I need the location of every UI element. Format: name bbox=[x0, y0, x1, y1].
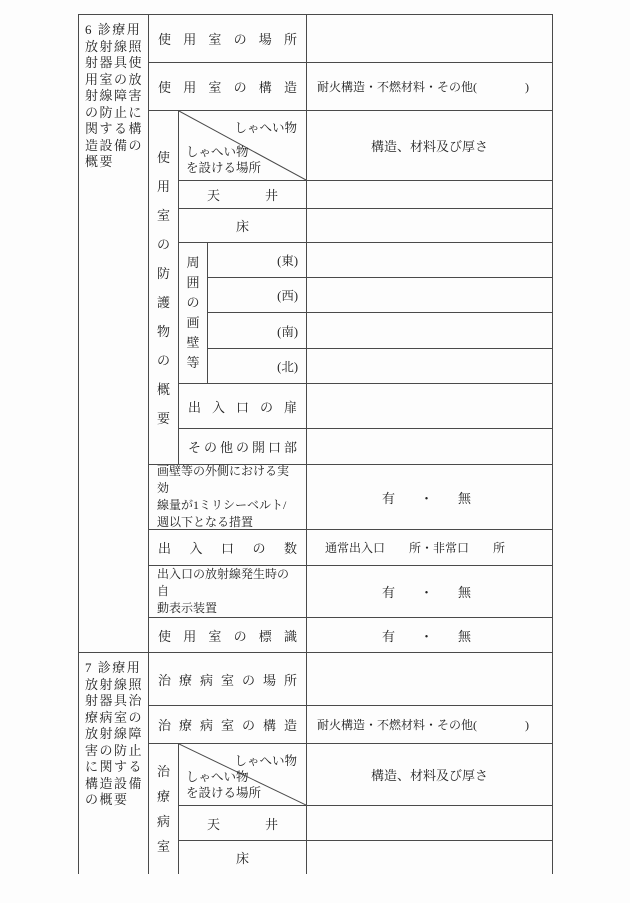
entrance-door-label: 出入口の扉 bbox=[179, 397, 306, 416]
section-6-body: 使用室の場所 使用室の構造 耐火構造・不燃材料・その他( ) 使用室の防護物の概… bbox=[149, 15, 553, 653]
auto-display-value: 有 ・ 無 bbox=[307, 566, 553, 618]
surrounding-walls-label-cell: 周囲の画壁等 bbox=[179, 243, 208, 384]
shield-place-label: しゃへい物 を設ける場所 bbox=[186, 144, 261, 176]
ward-vertical-label-cell: 治療病室 bbox=[149, 744, 179, 874]
effective-dose-value: 有 ・ 無 bbox=[307, 465, 553, 530]
room-structure-label: 使用室の構造 bbox=[149, 77, 306, 96]
room-sign-value: 有 ・ 無 bbox=[307, 618, 553, 653]
other-openings-value-cell bbox=[307, 429, 553, 465]
row-room-sign: 使用室の標識 有 ・ 無 bbox=[149, 618, 553, 653]
east-label: (東) bbox=[208, 243, 307, 278]
ward-structure-label: 治療病室の構造 bbox=[149, 715, 306, 734]
surrounding-walls-block: 周囲の画壁等 (東) (西) bbox=[179, 243, 553, 384]
protection-rows: しゃへい物 しゃへい物 を設ける場所 構造、材料及び厚さ 天井 床 bbox=[179, 111, 553, 465]
south-value-cell bbox=[307, 313, 553, 349]
row-auto-display: 出入口の放射線発生時の自 動表示装置 有 ・ 無 bbox=[149, 566, 553, 618]
row-ward-shield-header: しゃへい物 しゃへい物 を設ける場所 構造、材料及び厚さ bbox=[179, 744, 553, 806]
entrance-count-label-cell: 出入口の数 bbox=[149, 530, 307, 566]
ceiling-label: 天井 bbox=[179, 814, 306, 833]
west-value-cell bbox=[307, 278, 553, 313]
ward-protection-block: 治療病室 しゃへい物 しゃへい物 を設ける場所 構造、材料及び厚さ bbox=[149, 744, 553, 874]
row-north: (北) bbox=[208, 349, 553, 384]
form-page: 6 診療用 放射線照 射器具使 用室の放 射線障害 の防止に 関する構 造設備の… bbox=[0, 0, 630, 903]
surrounding-walls-label: 周囲の画壁等 bbox=[186, 253, 201, 373]
room-sign-label: 使用室の標識 bbox=[149, 626, 306, 645]
section-7: 7 診療用 放射線照 射器具治 療病室の 放射線障 害の防止 に関する 構造設備… bbox=[79, 653, 553, 874]
row-east: (東) bbox=[208, 243, 553, 278]
other-openings-label-cell: その他の開口部 bbox=[179, 429, 307, 465]
row-other-openings: その他の開口部 bbox=[179, 429, 553, 465]
floor-value-cell bbox=[307, 209, 553, 243]
room-structure-label-cell: 使用室の構造 bbox=[149, 63, 307, 111]
entrance-door-value-cell bbox=[307, 384, 553, 429]
row-ward-ceiling: 天井 bbox=[179, 806, 553, 841]
ward-shield-diagonal-cell: しゃへい物 しゃへい物 を設ける場所 bbox=[179, 744, 307, 806]
protection-vertical-label-cell: 使用室の防護物の概要 bbox=[149, 111, 179, 465]
north-value-cell bbox=[307, 349, 553, 384]
row-west: (西) bbox=[208, 278, 553, 313]
protection-vertical-label: 使用室の防護物の概要 bbox=[156, 143, 171, 433]
row-ward-floor: 床 bbox=[179, 841, 553, 874]
section-7-title: 7 診療用 放射線照 射器具治 療病室の 放射線障 害の防止 に関する 構造設備… bbox=[79, 653, 148, 809]
section-6: 6 診療用 放射線照 射器具使 用室の放 射線障害 の防止に 関する構 造設備の… bbox=[79, 15, 553, 653]
ceiling-value-cell bbox=[307, 181, 553, 209]
form-table: 6 診療用 放射線照 射器具使 用室の放 射線障害 の防止に 関する構 造設備の… bbox=[78, 14, 553, 874]
room-location-value-cell bbox=[307, 15, 553, 63]
entrance-door-label-cell: 出入口の扉 bbox=[179, 384, 307, 429]
south-label: (南) bbox=[208, 313, 307, 349]
row-ceiling: 天井 bbox=[179, 181, 553, 209]
ward-location-label-cell: 治療病室の場所 bbox=[149, 653, 307, 706]
row-effective-dose: 画壁等の外側における実効 線量が1ミリシーベルト/ 週以下となる措置 有 ・ 無 bbox=[149, 465, 553, 530]
row-south: (南) bbox=[208, 313, 553, 349]
row-floor: 床 bbox=[179, 209, 553, 243]
structure-material-header: 構造、材料及び厚さ bbox=[307, 111, 553, 181]
ward-ceiling-value-cell bbox=[307, 806, 553, 841]
section-6-label-cell: 6 診療用 放射線照 射器具使 用室の放 射線障害 の防止に 関する構 造設備の… bbox=[79, 15, 149, 653]
row-ward-structure: 治療病室の構造 耐火構造・不燃材料・その他( ) bbox=[149, 706, 553, 744]
section-7-body: 治療病室の場所 治療病室の構造 耐火構造・不燃材料・その他( ) 治療病室 bbox=[149, 653, 553, 874]
other-openings-label: その他の開口部 bbox=[179, 437, 306, 456]
section-6-title: 6 診療用 放射線照 射器具使 用室の放 射線障害 の防止に 関する構 造設備の… bbox=[79, 15, 148, 171]
ward-floor-label: 床 bbox=[179, 841, 307, 874]
room-location-label: 使用室の場所 bbox=[149, 29, 306, 48]
ward-floor-value-cell bbox=[307, 841, 553, 874]
ward-structure-value: 耐火構造・不燃材料・その他( ) bbox=[307, 706, 553, 744]
ceiling-label-cell: 天井 bbox=[179, 181, 307, 209]
ceiling-label: 天井 bbox=[179, 185, 306, 204]
room-location-label-cell: 使用室の場所 bbox=[149, 15, 307, 63]
row-entrance-count: 出入口の数 通常出入口 所・非常口 所 bbox=[149, 530, 553, 566]
protection-block: 使用室の防護物の概要 しゃへい物 しゃへい物 を設ける場所 構造、材料及び厚さ bbox=[149, 111, 553, 465]
row-shield-header: しゃへい物 しゃへい物 を設ける場所 構造、材料及び厚さ bbox=[179, 111, 553, 181]
row-room-structure: 使用室の構造 耐火構造・不燃材料・その他( ) bbox=[149, 63, 553, 111]
direction-rows: (東) (西) (南) bbox=[208, 243, 553, 384]
east-value-cell bbox=[307, 243, 553, 278]
west-label: (西) bbox=[208, 278, 307, 313]
shield-diagonal-cell: しゃへい物 しゃへい物 を設ける場所 bbox=[179, 111, 307, 181]
ward-location-label: 治療病室の場所 bbox=[149, 670, 306, 689]
entrance-count-label: 出入口の数 bbox=[149, 538, 306, 557]
auto-display-label: 出入口の放射線発生時の自 動表示装置 bbox=[149, 566, 307, 618]
row-room-location: 使用室の場所 bbox=[149, 15, 553, 63]
shield-label: しゃへい物 bbox=[234, 751, 297, 769]
entrance-count-value: 通常出入口 所・非常口 所 bbox=[307, 530, 553, 566]
room-sign-label-cell: 使用室の標識 bbox=[149, 618, 307, 653]
ward-protection-rows: しゃへい物 しゃへい物 を設ける場所 構造、材料及び厚さ 天井 床 bbox=[179, 744, 553, 874]
north-label: (北) bbox=[208, 349, 307, 384]
ward-ceiling-label-cell: 天井 bbox=[179, 806, 307, 841]
shield-place-label: しゃへい物 を設ける場所 bbox=[186, 769, 261, 801]
section-7-label-cell: 7 診療用 放射線照 射器具治 療病室の 放射線障 害の防止 に関する 構造設備… bbox=[79, 653, 149, 874]
ward-location-value-cell bbox=[307, 653, 553, 706]
shield-label: しゃへい物 bbox=[234, 118, 297, 136]
effective-dose-label: 画壁等の外側における実効 線量が1ミリシーベルト/ 週以下となる措置 bbox=[149, 465, 307, 530]
floor-label: 床 bbox=[179, 209, 307, 243]
ward-structure-label-cell: 治療病室の構造 bbox=[149, 706, 307, 744]
ward-vertical-label: 治療病室 bbox=[156, 759, 171, 859]
ward-structure-material-header: 構造、材料及び厚さ bbox=[307, 744, 553, 806]
row-entrance-door: 出入口の扉 bbox=[179, 384, 553, 429]
room-structure-value: 耐火構造・不燃材料・その他( ) bbox=[307, 63, 553, 111]
row-ward-location: 治療病室の場所 bbox=[149, 653, 553, 706]
